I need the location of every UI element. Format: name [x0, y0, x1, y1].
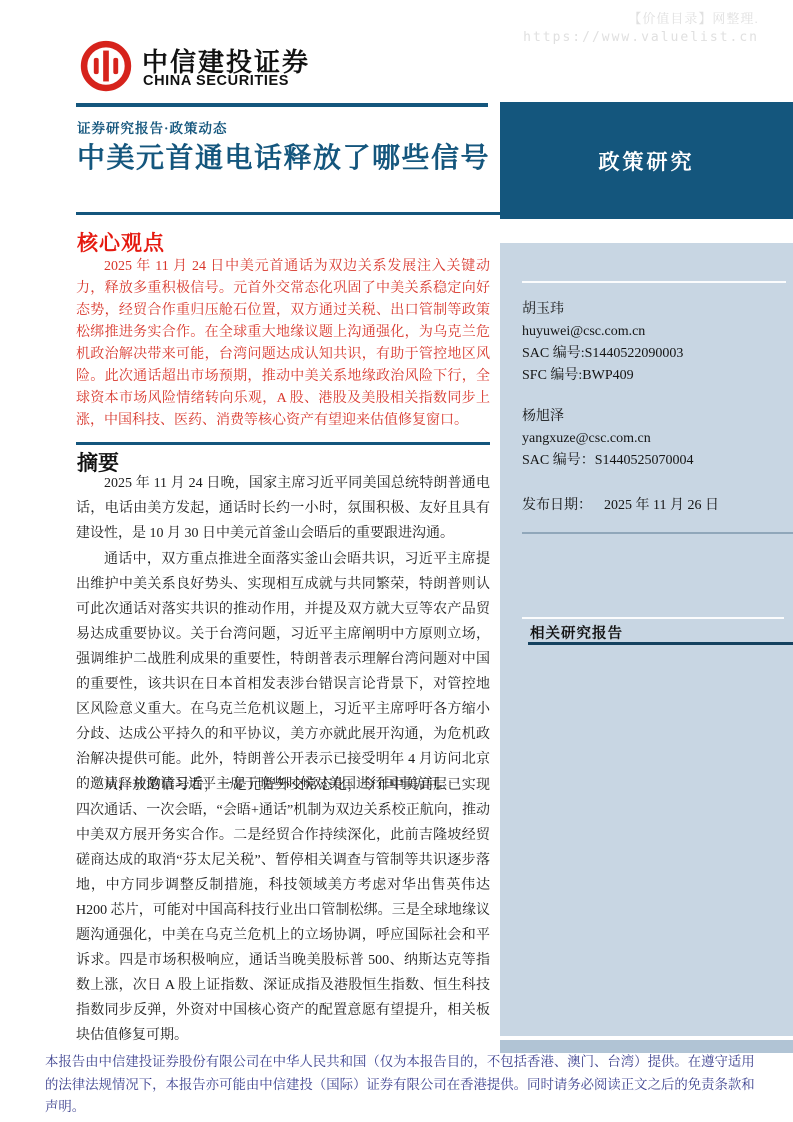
- report-title: 中美元首通电话释放了哪些信号: [77, 136, 490, 176]
- watermark: 【价值目录】网整理. https://www.valuelist.cn: [523, 8, 759, 45]
- analyst-email: huyuwei@csc.com.cn: [522, 321, 683, 343]
- watermark-url: https://www.valuelist.cn: [523, 30, 759, 45]
- analyst-name: 杨旭泽: [522, 406, 694, 428]
- analyst-block: 杨旭泽 yangxuze@csc.com.cn SAC 编号：S14405250…: [522, 406, 694, 472]
- related-reports-heading: 相关研究报告: [530, 622, 623, 643]
- brand-name-en: CHINA SECURITIES: [143, 73, 289, 89]
- publish-date-label: 发布日期：: [522, 498, 592, 513]
- abstract-paragraph: 通话中，双方重点推进全面落实釜山会晤共识，习近平主席提出维护中美关系良好势头、实…: [76, 547, 490, 797]
- publish-date: 发布日期：2025 年 11 月 26 日: [522, 494, 719, 514]
- abstract-divider: [76, 442, 490, 445]
- analyst-sfc-number: SFC 编号:BWP409: [522, 365, 683, 387]
- category-label: 政策研究: [599, 146, 695, 176]
- watermark-text: 【价值目录】网整理.: [523, 8, 759, 27]
- core-view-heading: 核心观点: [77, 227, 165, 257]
- abstract-paragraph: 2025 年 11 月 24 日晚，国家主席习近平同美国总统特朗普通电话，电话由…: [76, 471, 490, 546]
- related-reports-divider-bottom: [528, 642, 793, 645]
- analyst-sac-number: SAC 编号:S1440522090003: [522, 343, 683, 365]
- analyst-block: 胡玉玮 huyuwei@csc.com.cn SAC 编号:S144052209…: [522, 299, 683, 387]
- sidebar: 胡玉玮 huyuwei@csc.com.cn SAC 编号:S144052209…: [500, 243, 793, 1036]
- analyst-sac-number: SAC 编号：S1440525070004: [522, 450, 694, 472]
- abstract-paragraph: 从释放的信号看，一是元首外交常态化，今年中美高层已实现四次通话、一次会晤，“会晤…: [76, 773, 490, 1048]
- header-divider: [76, 103, 488, 107]
- report-page: 【价值目录】网整理. https://www.valuelist.cn 中信建投…: [0, 0, 793, 1122]
- sidebar-divider-top: [522, 281, 786, 283]
- report-type-label: 证券研究报告·政策动态: [77, 117, 228, 137]
- publish-date-value: 2025 年 11 月 26 日: [604, 498, 719, 513]
- analyst-name: 胡玉玮: [522, 299, 683, 321]
- disclaimer-text: 本报告由中信建投证券股份有限公司在中华人民共和国（仅为本报告目的，不包括香港、澳…: [45, 1051, 767, 1119]
- core-view-paragraph: 2025 年 11 月 24 日中美元首通话为双边关系发展注入关键动力，释放多重…: [76, 256, 490, 432]
- category-box: 政策研究: [500, 102, 793, 219]
- sidebar-divider-middle: [522, 532, 793, 534]
- related-reports-divider-top: [522, 617, 784, 619]
- citic-logo-icon: [80, 40, 132, 92]
- analyst-email: yangxuze@csc.com.cn: [522, 428, 694, 450]
- title-divider: [76, 212, 500, 215]
